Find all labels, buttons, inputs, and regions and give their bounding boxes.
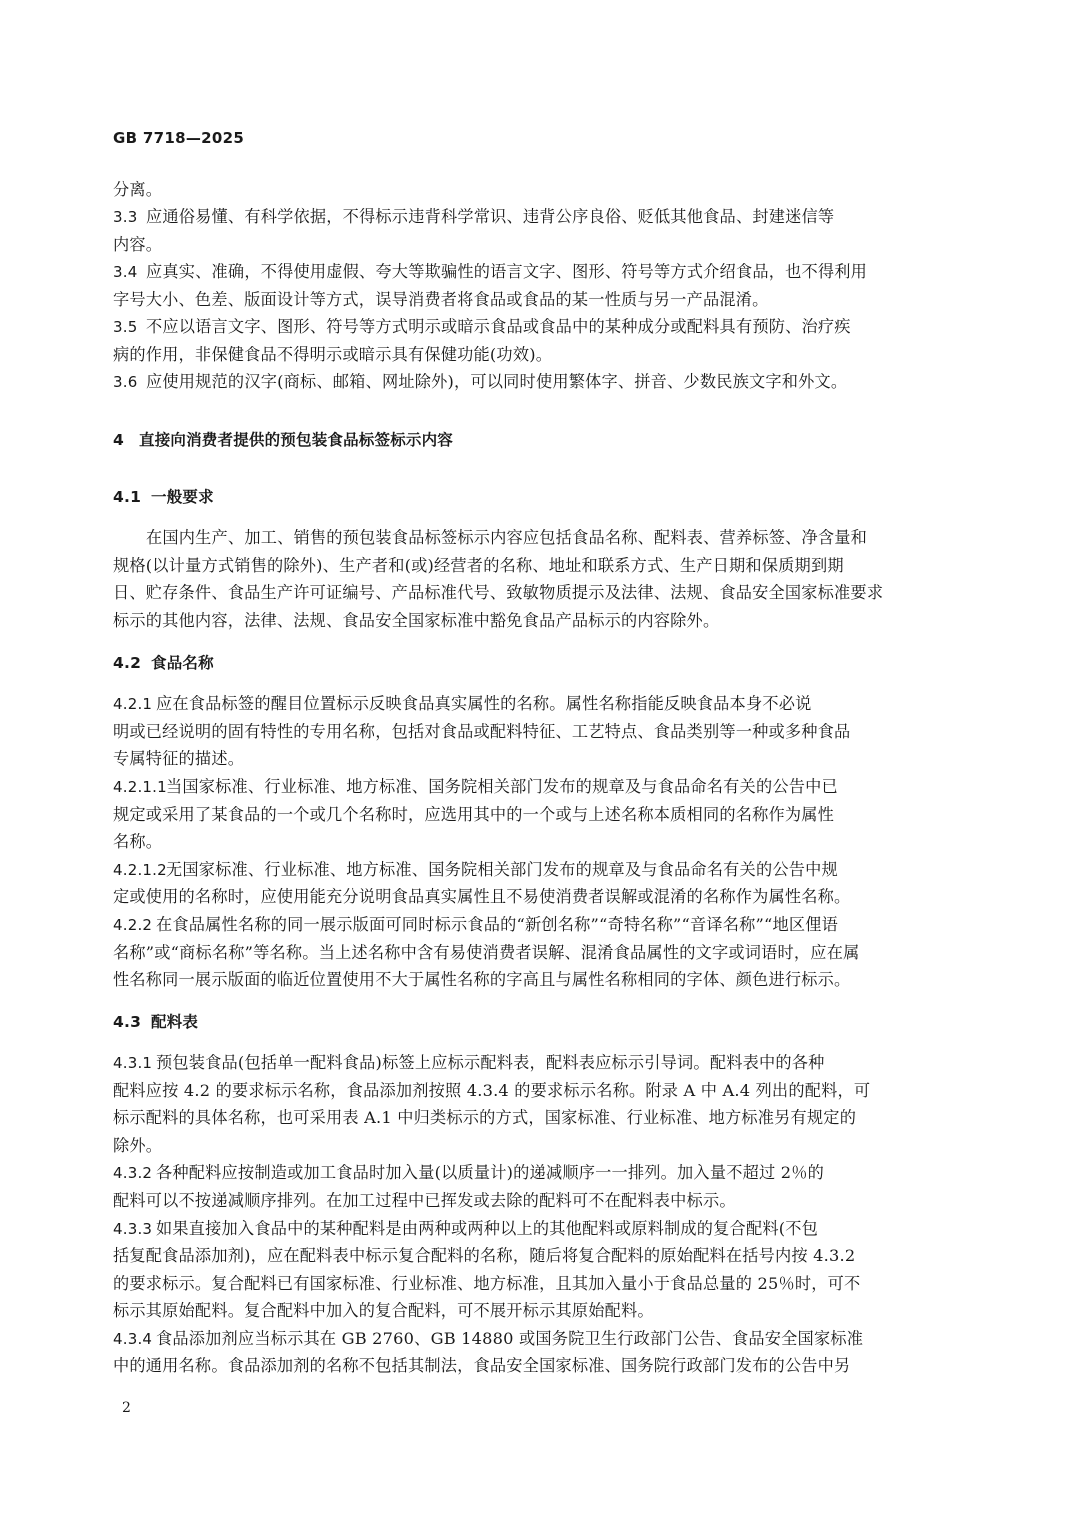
text-line: 日、贮存条件、食品生产许可证编号、产品标准代号、致敏物质提示及法律、法规、食品安… xyxy=(113,583,883,603)
clause-number: 3.4 xyxy=(113,262,146,282)
text-line: 4.3.2各种配料应按制造或加工食品时加入量(以质量计)的递减顺序一一排列。加入… xyxy=(113,1163,824,1183)
text-line: 3.6应使用规范的汉字(商标、邮箱、网址除外)，可以同时使用繁体字、拼音、少数民… xyxy=(113,372,847,392)
clause-number: 4.3.1 xyxy=(113,1053,156,1073)
clause-text: 标示的其他内容，法律、法规、食品安全国家标准中豁免食品产品标示的内容除外。 xyxy=(113,611,719,630)
section-heading: 4直接向消费者提供的预包装食品标签标示内容 xyxy=(113,430,453,450)
text-line: 配料可以不按递减顺序排列。在加工过程中已挥发或去除的配料可不在配料表中标示。 xyxy=(113,1191,736,1211)
clause-number: 4.2.1.1 xyxy=(113,777,166,797)
clause-text: 规定或采用了某食品的一个或几个名称时，应选用其中的一个或与上述名称本质相同的名称… xyxy=(113,805,834,824)
heading-text: 食品名称 xyxy=(151,654,214,672)
clause-number: 3.3 xyxy=(113,207,146,227)
text-line: 4.3.4食品添加剂应当标示其在 GB 2760、GB 14880 或国务院卫生… xyxy=(113,1329,863,1349)
text-line: 除外。 xyxy=(113,1136,162,1156)
heading-text: 一般要求 xyxy=(151,488,214,506)
clause-text: 日、贮存条件、食品生产许可证编号、产品标准代号、致敏物质提示及法律、法规、食品安… xyxy=(113,583,883,602)
text-line: 分离。 xyxy=(113,180,162,200)
clause-text: 如果直接加入食品中的某种配料是由两种或两种以上的其他配料或原料制成的复合配料(不… xyxy=(156,1219,818,1238)
text-line: 括复配食品添加剂)，应在配料表中标示复合配料的名称，随后将复合配料的原始配料在括… xyxy=(113,1246,855,1266)
text-line: 4.2.1应在食品标签的醒目位置标示反映食品真实属性的名称。属性名称指能反映食品… xyxy=(113,694,812,714)
clause-text: 除外。 xyxy=(113,1136,162,1155)
clause-text: 应在食品标签的醒目位置标示反映食品真实属性的名称。属性名称指能反映食品本身不必说 xyxy=(156,694,812,713)
clause-text: 配料应按 4.2 的要求标示名称，食品添加剂按照 4.3.4 的要求标示名称。附… xyxy=(113,1081,870,1100)
text-line: 名称。 xyxy=(113,832,162,852)
clause-text: 名称。 xyxy=(113,832,162,851)
clause-number: 3.5 xyxy=(113,317,146,337)
clause-number: 4.3.4 xyxy=(113,1329,156,1349)
text-line: 4.3.3如果直接加入食品中的某种配料是由两种或两种以上的其他配料或原料制成的复… xyxy=(113,1219,818,1239)
text-line: 4.3.1预包装食品(包括单一配料食品)标签上应标示配料表，配料表应标示引导词。… xyxy=(113,1053,825,1073)
clause-text: 食品添加剂应当标示其在 GB 2760、GB 14880 或国务院卫生行政部门公… xyxy=(156,1329,863,1348)
clause-number: 4.2.1.2 xyxy=(113,860,166,880)
clause-text: 预包装食品(包括单一配料食品)标签上应标示配料表，配料表应标示引导词。配料表中的… xyxy=(156,1053,825,1072)
clause-text: 性名称同一展示版面的临近位置使用不大于属性名称的字高且与属性名称相同的字体、颜色… xyxy=(113,970,850,989)
clause-text: 分离。 xyxy=(113,180,162,199)
text-line: 字号大小、色差、版面设计等方式，误导消费者将食品或食品的某一性质与另一产品混淆。 xyxy=(113,290,769,310)
text-line: 配料应按 4.2 的要求标示名称，食品添加剂按照 4.3.4 的要求标示名称。附… xyxy=(113,1081,870,1101)
text-line: 规定或采用了某食品的一个或几个名称时，应选用其中的一个或与上述名称本质相同的名称… xyxy=(113,805,834,825)
text-line: 病的作用，非保健食品不得明示或暗示具有保健功能(功效)。 xyxy=(113,345,552,365)
section-heading: 4.3配料表 xyxy=(113,1012,198,1032)
text-line: 4.2.1.1当国家标准、行业标准、地方标准、国务院相关部门发布的规章及与食品命… xyxy=(113,777,838,797)
text-line: 规格(以计量方式销售的除外)、生产者和(或)经营者的名称、地址和联系方式、生产日… xyxy=(113,556,844,576)
clause-number: 4.1 xyxy=(113,487,151,507)
clause-text: 名称”或“商标名称”等名称。当上述名称中含有易使消费者误解、混淆食品属性的文字或… xyxy=(113,943,859,962)
text-line: 标示配料的具体名称，也可采用表 A.1 中归类标示的方式，国家标准、行业标准、地… xyxy=(113,1108,856,1128)
document-page: GB 7718—2025 分离。3.3应通俗易懂、有科学依据，不得标示违背科学常… xyxy=(0,0,1074,1520)
text-line: 3.4应真实、准确，不得使用虚假、夸大等欺骗性的语言文字、图形、符号等方式介绍食… xyxy=(113,262,867,282)
clause-text: 中的通用名称。食品添加剂的名称不包括其制法，食品安全国家标准、国务院行政部门发布… xyxy=(113,1356,850,1375)
clause-text: 明或已经说明的固有特性的专用名称，包括对食品或配料特征、工艺特点、食品类别等一种… xyxy=(113,722,850,741)
section-heading: 4.1一般要求 xyxy=(113,487,214,507)
clause-text: 各种配料应按制造或加工食品时加入量(以质量计)的递减顺序一一排列。加入量不超过 … xyxy=(156,1163,824,1182)
text-line: 中的通用名称。食品添加剂的名称不包括其制法，食品安全国家标准、国务院行政部门发布… xyxy=(113,1356,850,1376)
clause-number: 4.3 xyxy=(113,1012,151,1032)
clause-text: 不应以语言文字、图形、符号等方式明示或暗示食品或食品中的某种成分或配料具有预防、… xyxy=(146,317,851,336)
text-line: 定或使用的名称时，应使用能充分说明食品真实属性且不易使消费者误解或混淆的名称作为… xyxy=(113,887,850,907)
text-line: 标示其原始配料。复合配料中加入的复合配料，可不展开标示其原始配料。 xyxy=(113,1301,654,1321)
text-line: 性名称同一展示版面的临近位置使用不大于属性名称的字高且与属性名称相同的字体、颜色… xyxy=(113,970,850,990)
text-line: 4.2.1.2无国家标准、行业标准、地方标准、国务院相关部门发布的规章及与食品命… xyxy=(113,860,838,880)
clause-number: 4.3.2 xyxy=(113,1163,156,1183)
clause-number: 3.6 xyxy=(113,372,146,392)
clause-number: 4 xyxy=(113,430,139,450)
clause-text: 的要求标示。复合配料已有国家标准、行业标准、地方标准，且其加入量小于食品总量的 … xyxy=(113,1274,860,1293)
clause-text: 规格(以计量方式销售的除外)、生产者和(或)经营者的名称、地址和联系方式、生产日… xyxy=(113,556,844,575)
heading-text: 直接向消费者提供的预包装食品标签标示内容 xyxy=(139,431,453,449)
text-line: 3.3应通俗易懂、有科学依据，不得标示违背科学常识、违背公序良俗、贬低其他食品、… xyxy=(113,207,834,227)
text-line: 标示的其他内容，法律、法规、食品安全国家标准中豁免食品产品标示的内容除外。 xyxy=(113,611,719,631)
clause-number: 4.3.3 xyxy=(113,1219,156,1239)
text-line: 名称”或“商标名称”等名称。当上述名称中含有易使消费者误解、混淆食品属性的文字或… xyxy=(113,943,859,963)
clause-text: 当国家标准、行业标准、地方标准、国务院相关部门发布的规章及与食品命名有关的公告中… xyxy=(166,777,838,796)
clause-number: 4.2 xyxy=(113,653,151,673)
clause-text: 在国内生产、加工、销售的预包装食品标签标示内容应包括食品名称、配料表、营养标签、… xyxy=(113,528,867,547)
clause-text: 无国家标准、行业标准、地方标准、国务院相关部门发布的规章及与食品命名有关的公告中… xyxy=(166,860,838,879)
text-line: 3.5不应以语言文字、图形、符号等方式明示或暗示食品或食品中的某种成分或配料具有… xyxy=(113,317,851,337)
clause-text: 病的作用，非保健食品不得明示或暗示具有保健功能(功效)。 xyxy=(113,345,552,364)
clause-text: 应通俗易懂、有科学依据，不得标示违背科学常识、违背公序良俗、贬低其他食品、封建迷… xyxy=(146,207,834,226)
clause-text: 应真实、准确，不得使用虚假、夸大等欺骗性的语言文字、图形、符号等方式介绍食品，也… xyxy=(146,262,867,281)
clause-text: 在食品属性名称的同一展示版面可同时标示食品的“新创名称”“奇特名称”“音译名称”… xyxy=(156,915,838,934)
clause-text: 标示其原始配料。复合配料中加入的复合配料，可不展开标示其原始配料。 xyxy=(113,1301,654,1320)
heading-text: 配料表 xyxy=(151,1013,198,1031)
clause-text: 标示配料的具体名称，也可采用表 A.1 中归类标示的方式，国家标准、行业标准、地… xyxy=(113,1108,856,1127)
clause-text: 字号大小、色差、版面设计等方式，误导消费者将食品或食品的某一性质与另一产品混淆。 xyxy=(113,290,769,309)
clause-number: 4.2.1 xyxy=(113,694,156,714)
clause-text: 应使用规范的汉字(商标、邮箱、网址除外)，可以同时使用繁体字、拼音、少数民族文字… xyxy=(146,372,847,391)
text-line: 内容。 xyxy=(113,235,162,255)
clause-text: 定或使用的名称时，应使用能充分说明食品真实属性且不易使消费者误解或混淆的名称作为… xyxy=(113,887,850,906)
page-number: 2 xyxy=(122,1400,131,1416)
text-line: 专属特征的描述。 xyxy=(113,749,244,769)
clause-text: 配料可以不按递减顺序排列。在加工过程中已挥发或去除的配料可不在配料表中标示。 xyxy=(113,1191,736,1210)
section-heading: 4.2食品名称 xyxy=(113,653,214,673)
clause-text: 专属特征的描述。 xyxy=(113,749,244,768)
clause-number: 4.2.2 xyxy=(113,915,156,935)
text-line: 的要求标示。复合配料已有国家标准、行业标准、地方标准，且其加入量小于食品总量的 … xyxy=(113,1274,860,1294)
text-line: 明或已经说明的固有特性的专用名称，包括对食品或配料特征、工艺特点、食品类别等一种… xyxy=(113,722,850,742)
clause-text: 内容。 xyxy=(113,235,162,254)
clause-text: 括复配食品添加剂)，应在配料表中标示复合配料的名称，随后将复合配料的原始配料在括… xyxy=(113,1246,855,1265)
standard-code-header: GB 7718—2025 xyxy=(113,129,244,147)
text-line: 4.2.2在食品属性名称的同一展示版面可同时标示食品的“新创名称”“奇特名称”“… xyxy=(113,915,838,935)
text-line: 在国内生产、加工、销售的预包装食品标签标示内容应包括食品名称、配料表、营养标签、… xyxy=(113,528,867,548)
